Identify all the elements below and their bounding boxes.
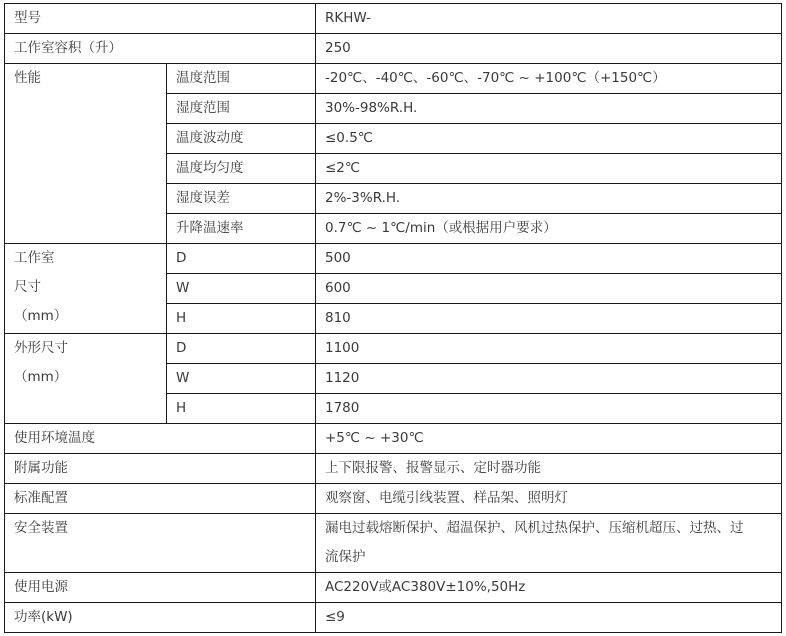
value-line: 流保护 bbox=[325, 543, 781, 572]
value-accessory-functions: 上下限报警、报警显示、定时器功能 bbox=[316, 454, 782, 484]
sublabel-humidity-error: 湿度误差 bbox=[167, 184, 316, 214]
sublabel-height: H bbox=[167, 394, 316, 424]
value-temp-fluctuation: ≤0.5℃ bbox=[316, 124, 782, 154]
label-line: 尺寸 bbox=[14, 273, 166, 302]
table-row-accessory-functions: 附属功能 上下限报警、报警显示、定时器功能 bbox=[5, 454, 782, 484]
label-power-supply: 使用电源 bbox=[5, 573, 316, 603]
value-temp-range: -20℃、-40℃、-60℃、-70℃ ~ +100℃（+150℃） bbox=[316, 64, 782, 94]
label-chamber-size: 工作室 尺寸 （mm） bbox=[5, 244, 167, 334]
sublabel-width: W bbox=[167, 364, 316, 394]
label-power: 功率(kW) bbox=[5, 603, 316, 633]
value-power: ≤9 bbox=[316, 603, 782, 633]
value-humidity-error: 2%-3%R.H. bbox=[316, 184, 782, 214]
label-outer-size: 外形尺寸 （mm） bbox=[5, 334, 167, 424]
sublabel-temp-uniformity: 温度均匀度 bbox=[167, 154, 316, 184]
value-temp-uniformity: ≤2℃ bbox=[316, 154, 782, 184]
table-row-volume: 工作室容积（升） 250 bbox=[5, 34, 782, 64]
value-line: 漏电过载熔断保护、超温保护、风机过热保护、压缩机超压、过热、过 bbox=[325, 514, 781, 543]
sublabel-ramp-rate: 升降温速率 bbox=[167, 214, 316, 244]
value-outer-depth: 1100 bbox=[316, 334, 782, 364]
label-volume: 工作室容积（升） bbox=[5, 34, 316, 64]
sublabel-depth: D bbox=[167, 244, 316, 274]
table-row-ambient-temp: 使用环境温度 +5℃ ~ +30℃ bbox=[5, 424, 782, 454]
label-standard-config: 标准配置 bbox=[5, 484, 316, 514]
value-ramp-rate: 0.7℃ ~ 1℃/min（或根据用户要求） bbox=[316, 214, 782, 244]
table-row-power: 功率(kW) ≤9 bbox=[5, 603, 782, 633]
sublabel-width: W bbox=[167, 274, 316, 304]
label-line: （mm） bbox=[14, 302, 166, 331]
table-row-chamber-size: 工作室 尺寸 （mm） D 500 bbox=[5, 244, 782, 274]
table-row-performance: 性能 温度范围 -20℃、-40℃、-60℃、-70℃ ~ +100℃（+150… bbox=[5, 64, 782, 94]
table-row-standard-config: 标准配置 观察窗、电缆引线装置、样品架、照明灯 bbox=[5, 484, 782, 514]
label-line: （mm） bbox=[14, 363, 166, 392]
value-outer-height: 1780 bbox=[316, 394, 782, 424]
label-accessory-functions: 附属功能 bbox=[5, 454, 316, 484]
sublabel-humidity-range: 湿度范围 bbox=[167, 94, 316, 124]
label-model: 型号 bbox=[5, 4, 316, 34]
table-row-model: 型号 RKHW- bbox=[5, 4, 782, 34]
table-row-safety-devices: 安全装置 漏电过载熔断保护、超温保护、风机过热保护、压缩机超压、过热、过 流保护 bbox=[5, 514, 782, 573]
label-line: 工作室 bbox=[14, 244, 166, 273]
sublabel-depth: D bbox=[167, 334, 316, 364]
table-row-power-supply: 使用电源 AC220V或AC380V±10%,50Hz bbox=[5, 573, 782, 603]
value-volume: 250 bbox=[316, 34, 782, 64]
sublabel-temp-range: 温度范围 bbox=[167, 64, 316, 94]
value-power-supply: AC220V或AC380V±10%,50Hz bbox=[316, 573, 782, 603]
label-ambient-temp: 使用环境温度 bbox=[5, 424, 316, 454]
table-row-outer-size: 外形尺寸 （mm） D 1100 bbox=[5, 334, 782, 364]
value-model: RKHW- bbox=[316, 4, 782, 34]
label-safety-devices: 安全装置 bbox=[5, 514, 316, 573]
value-chamber-width: 600 bbox=[316, 274, 782, 304]
label-performance: 性能 bbox=[5, 64, 167, 244]
value-chamber-height: 810 bbox=[316, 304, 782, 334]
value-safety-devices: 漏电过载熔断保护、超温保护、风机过热保护、压缩机超压、过热、过 流保护 bbox=[316, 514, 782, 573]
value-ambient-temp: +5℃ ~ +30℃ bbox=[316, 424, 782, 454]
value-chamber-depth: 500 bbox=[316, 244, 782, 274]
value-outer-width: 1120 bbox=[316, 364, 782, 394]
sublabel-height: H bbox=[167, 304, 316, 334]
value-humidity-range: 30%-98%R.H. bbox=[316, 94, 782, 124]
sublabel-temp-fluctuation: 温度波动度 bbox=[167, 124, 316, 154]
spec-table: 型号 RKHW- 工作室容积（升） 250 性能 温度范围 -20℃、-40℃、… bbox=[4, 3, 782, 633]
label-line: 外形尺寸 bbox=[14, 334, 166, 363]
value-standard-config: 观察窗、电缆引线装置、样品架、照明灯 bbox=[316, 484, 782, 514]
